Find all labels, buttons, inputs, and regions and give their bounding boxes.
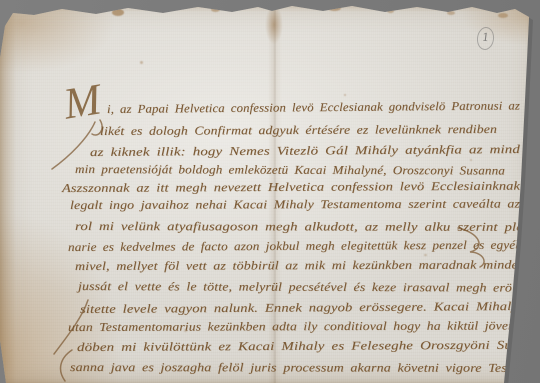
manuscript-line: Aszszonnak az itt megh nevezett Helvetic…	[62, 179, 520, 196]
manuscript-line: az kiknek illik: hogy Nemes Vitezlö Gál …	[90, 142, 520, 160]
manuscript-line: likét es dologh Confirmat adgyuk értésér…	[100, 122, 497, 139]
manuscript-line: narie es kedvelmes de facto azon jokbul …	[68, 238, 522, 255]
manuscript-line: sanna java es joszagha felöl juris proce…	[70, 360, 518, 376]
manuscript-line: döben mi kivülöttünk ez Kacai Mihaly es …	[77, 338, 512, 355]
manuscript-line: rol mi velünk atyafiusagoson megh alkudo…	[75, 219, 523, 235]
manuscript-line: legalt ingo javaihoz nehai Kacai Mihaly …	[70, 196, 520, 213]
manuscript-page: 1 M i, az Papai Helvetica confession lev…	[0, 0, 540, 383]
manuscript-line: sitette levele vagyon nalunk. Ennek nagy…	[80, 299, 518, 317]
manuscript-line: mivel, mellyet föl vett az többirül az m…	[75, 257, 525, 274]
manuscript-line: min praetensióját boldogh emleközetü Kac…	[75, 162, 505, 179]
scanned-document-view: 1 M i, az Papai Helvetica confession lev…	[0, 0, 540, 383]
manuscript-line: jussát el vette és le tötte, melyrül pec…	[78, 279, 512, 296]
manuscript-line: utan Testamentomarius kezünkben adta ily…	[68, 318, 515, 335]
